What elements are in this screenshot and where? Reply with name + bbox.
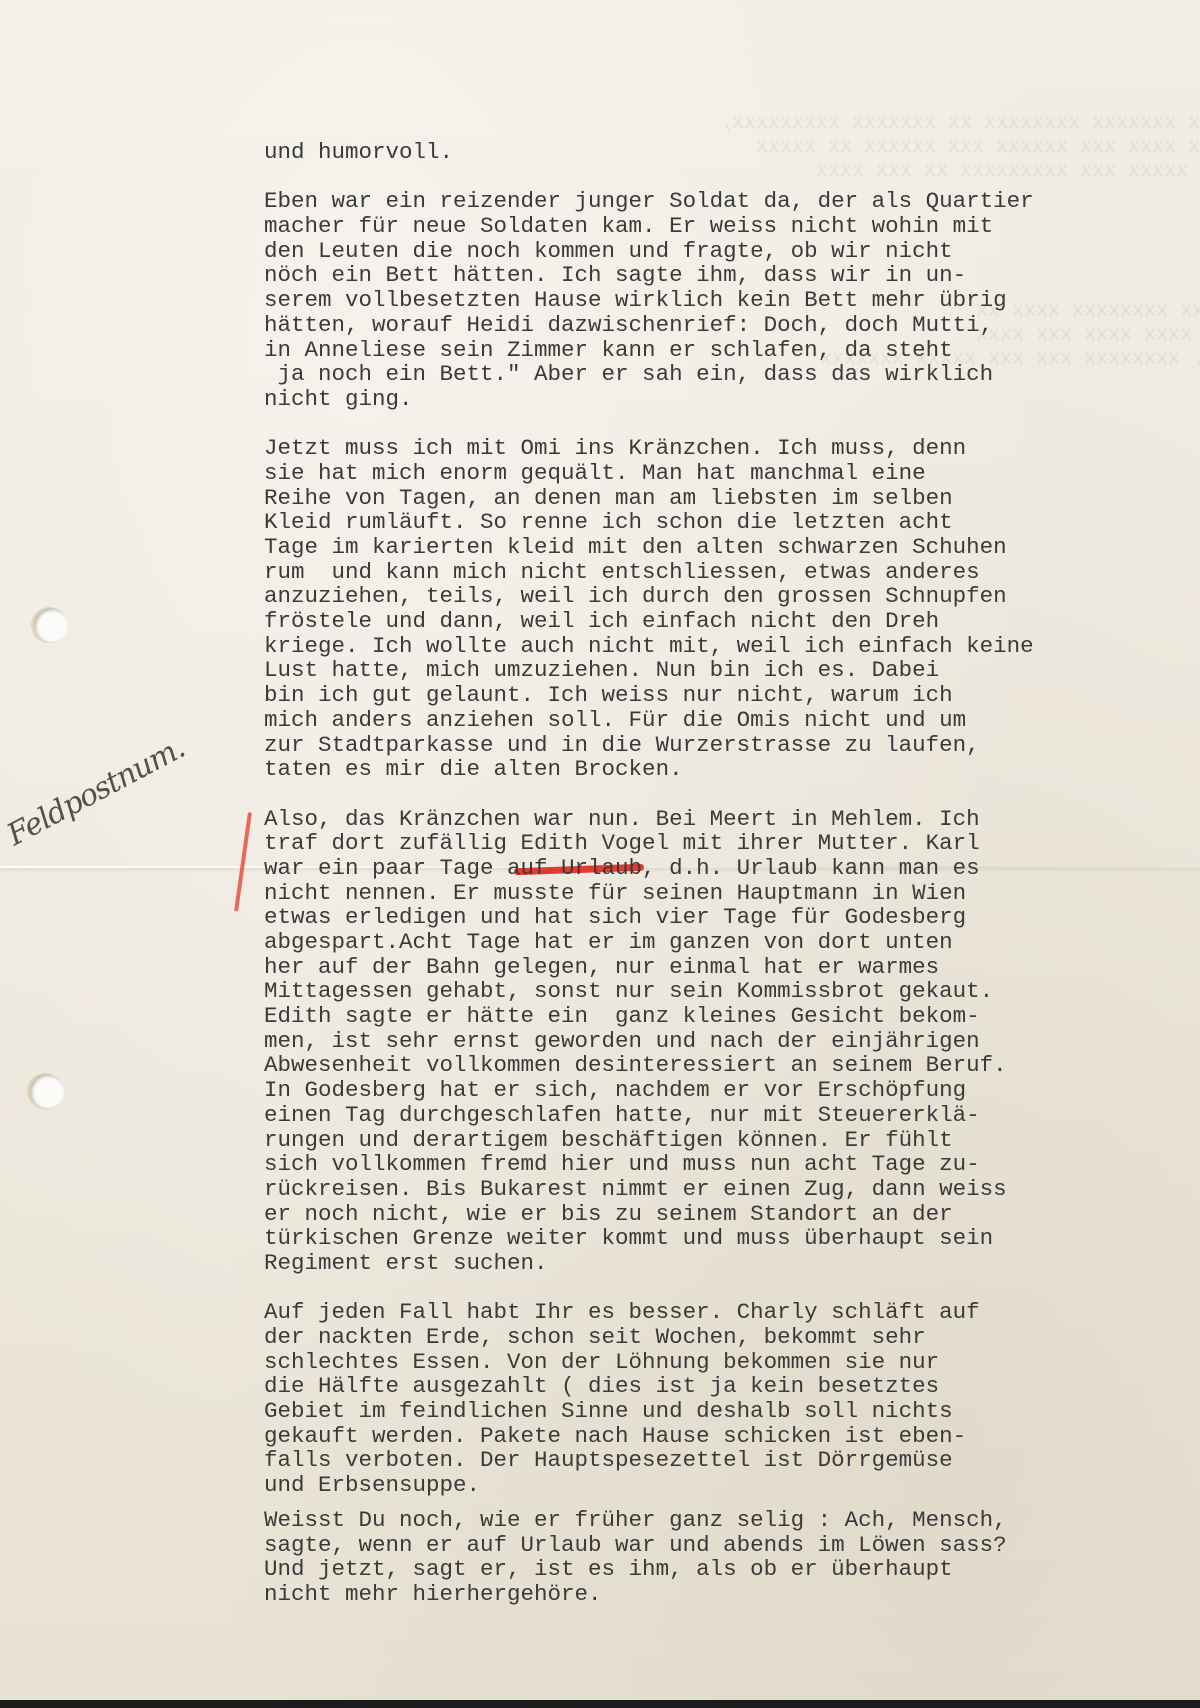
text-line: rungen und derartigem beschäftigen könne…	[264, 1128, 1034, 1153]
text-line: er noch nicht, wie er bis zu seinem Stan…	[264, 1202, 1034, 1227]
text-line: traf dort zufällig Edith Vogel mit ihrer…	[264, 831, 1034, 856]
text-line: sie hat mich enorm gequält. Man hat manc…	[264, 461, 1034, 486]
punch-hole-upper	[34, 608, 68, 642]
text-line: sagte, wenn er auf Urlaub war und abends…	[264, 1533, 1034, 1558]
text-line: nöch ein Bett hätten. Ich sagte ihm, das…	[264, 263, 1034, 288]
text-line: und humorvoll.	[264, 140, 1034, 165]
text-line: Gebiet im feindlichen Sinne und deshalb …	[264, 1399, 1034, 1424]
text-line: taten es mir die alten Brocken.	[264, 757, 1034, 782]
text-line: nicht ging.	[264, 387, 1034, 412]
handwritten-margin-note: Feldpostnum.	[2, 731, 191, 853]
text-line: Lust hatte, mich umzuziehen. Nun bin ich…	[264, 658, 1034, 683]
text-line: war ein paar Tage auf Urlaub, d.h. Urlau…	[264, 856, 1034, 881]
text-line: Eben war ein reizender junger Soldat da,…	[264, 189, 1034, 214]
text-line: abgespart.Acht Tage hat er im ganzen von…	[264, 930, 1034, 955]
text-line: hätten, worauf Heidi dazwischenrief: Doc…	[264, 313, 1034, 338]
text-line: serem vollbesetzten Hause wirklich kein …	[264, 288, 1034, 313]
text-line: mich anders anziehen soll. Für die Omis …	[264, 708, 1034, 733]
text-line: Mittagessen gehabt, sonst nur sein Kommi…	[264, 979, 1034, 1004]
text-line: falls verboten. Der Hauptspesezettel ist…	[264, 1448, 1034, 1473]
text-line: rum und kann mich nicht entschliessen, e…	[264, 560, 1034, 585]
text-line: Regiment erst suchen.	[264, 1251, 1034, 1276]
text-line: schlechtes Essen. Von der Löhnung bekomm…	[264, 1350, 1034, 1375]
text-line: nicht nennen. Er musste für seinen Haupt…	[264, 881, 1034, 906]
text-line: in Anneliese sein Zimmer kann er schlafe…	[264, 338, 1034, 363]
text-line: Also, das Kränzchen war nun. Bei Meert i…	[264, 807, 1034, 832]
typewritten-body: und humorvoll. Eben war ein reizender ju…	[264, 140, 1034, 1631]
text-line: rückreisen. Bis Bukarest nimmt er einen …	[264, 1177, 1034, 1202]
text-line: Auf jeden Fall habt Ihr es besser. Charl…	[264, 1300, 1034, 1325]
punch-hole-lower	[30, 1074, 64, 1108]
text-line: bin ich gut gelaunt. Ich weiss nur nicht…	[264, 683, 1034, 708]
text-line: sich vollkommen fremd hier und muss nun …	[264, 1152, 1034, 1177]
text-line: einen Tag durchgeschlafen hatte, nur mit…	[264, 1103, 1034, 1128]
text-line: Weisst Du noch, wie er früher ganz selig…	[264, 1508, 1034, 1533]
text-line: gekauft werden. Pakete nach Hause schick…	[264, 1424, 1034, 1449]
text-line: In Godesberg hat er sich, nachdem er vor…	[264, 1078, 1034, 1103]
text-line: nicht mehr hierhergehöre.	[264, 1582, 1034, 1607]
text-line: die Hälfte ausgezahlt ( dies ist ja kein…	[264, 1374, 1034, 1399]
text-line: kriege. Ich wollte auch nicht mit, weil …	[264, 634, 1034, 659]
text-line: fröstele und dann, weil ich einfach nich…	[264, 609, 1034, 634]
text-line: Jetzt muss ich mit Omi ins Kränzchen. Ic…	[264, 436, 1034, 461]
paragraph-4: Also, das Kränzchen war nun. Bei Meert i…	[264, 807, 1034, 1276]
paragraph-1: und humorvoll.	[264, 140, 1034, 165]
text-line: anzuziehen, teils, weil ich durch den gr…	[264, 584, 1034, 609]
scan-bottom-edge	[0, 1700, 1200, 1708]
text-line: Kleid rumläuft. So renne ich schon die l…	[264, 510, 1034, 535]
paragraph-3: Jetzt muss ich mit Omi ins Kränzchen. Ic…	[264, 436, 1034, 782]
text-line: ja noch ein Bett." Aber er sah ein, dass…	[264, 362, 1034, 387]
text-line: etwas erledigen und hat sich vier Tage f…	[264, 905, 1034, 930]
text-line: her auf der Bahn gelegen, nur einmal hat…	[264, 955, 1034, 980]
letter-page: xxxxxxx xxxxxxx xxxxxxxx xx xxxxxxx xxxx…	[0, 0, 1200, 1700]
text-line: zur Stadtparkasse und in die Wurzerstras…	[264, 733, 1034, 758]
text-line: Edith sagte er hätte ein ganz kleines Ge…	[264, 1004, 1034, 1029]
paragraph-2: Eben war ein reizender junger Soldat da,…	[264, 189, 1034, 411]
text-line: Reihe von Tagen, an denen man am liebste…	[264, 486, 1034, 511]
text-line: den Leuten die noch kommen und fragte, o…	[264, 239, 1034, 264]
text-line: türkischen Grenze weiter kommt und muss …	[264, 1226, 1034, 1251]
red-margin-mark	[234, 812, 252, 912]
text-line: Und jetzt, sagt er, ist es ihm, als ob e…	[264, 1557, 1034, 1582]
text-line: der nackten Erde, schon seit Wochen, bek…	[264, 1325, 1034, 1350]
text-line: Abwesenheit vollkommen desinteressiert a…	[264, 1053, 1034, 1078]
text-line: und Erbsensuppe.	[264, 1473, 1034, 1498]
text-line: macher für neue Soldaten kam. Er weiss n…	[264, 214, 1034, 239]
text-line: men, ist sehr ernst geworden und nach de…	[264, 1029, 1034, 1054]
paragraph-6: Weisst Du noch, wie er früher ganz selig…	[264, 1508, 1034, 1607]
text-line: Tage im karierten kleid mit den alten sc…	[264, 535, 1034, 560]
paragraph-5: Auf jeden Fall habt Ihr es besser. Charl…	[264, 1300, 1034, 1498]
